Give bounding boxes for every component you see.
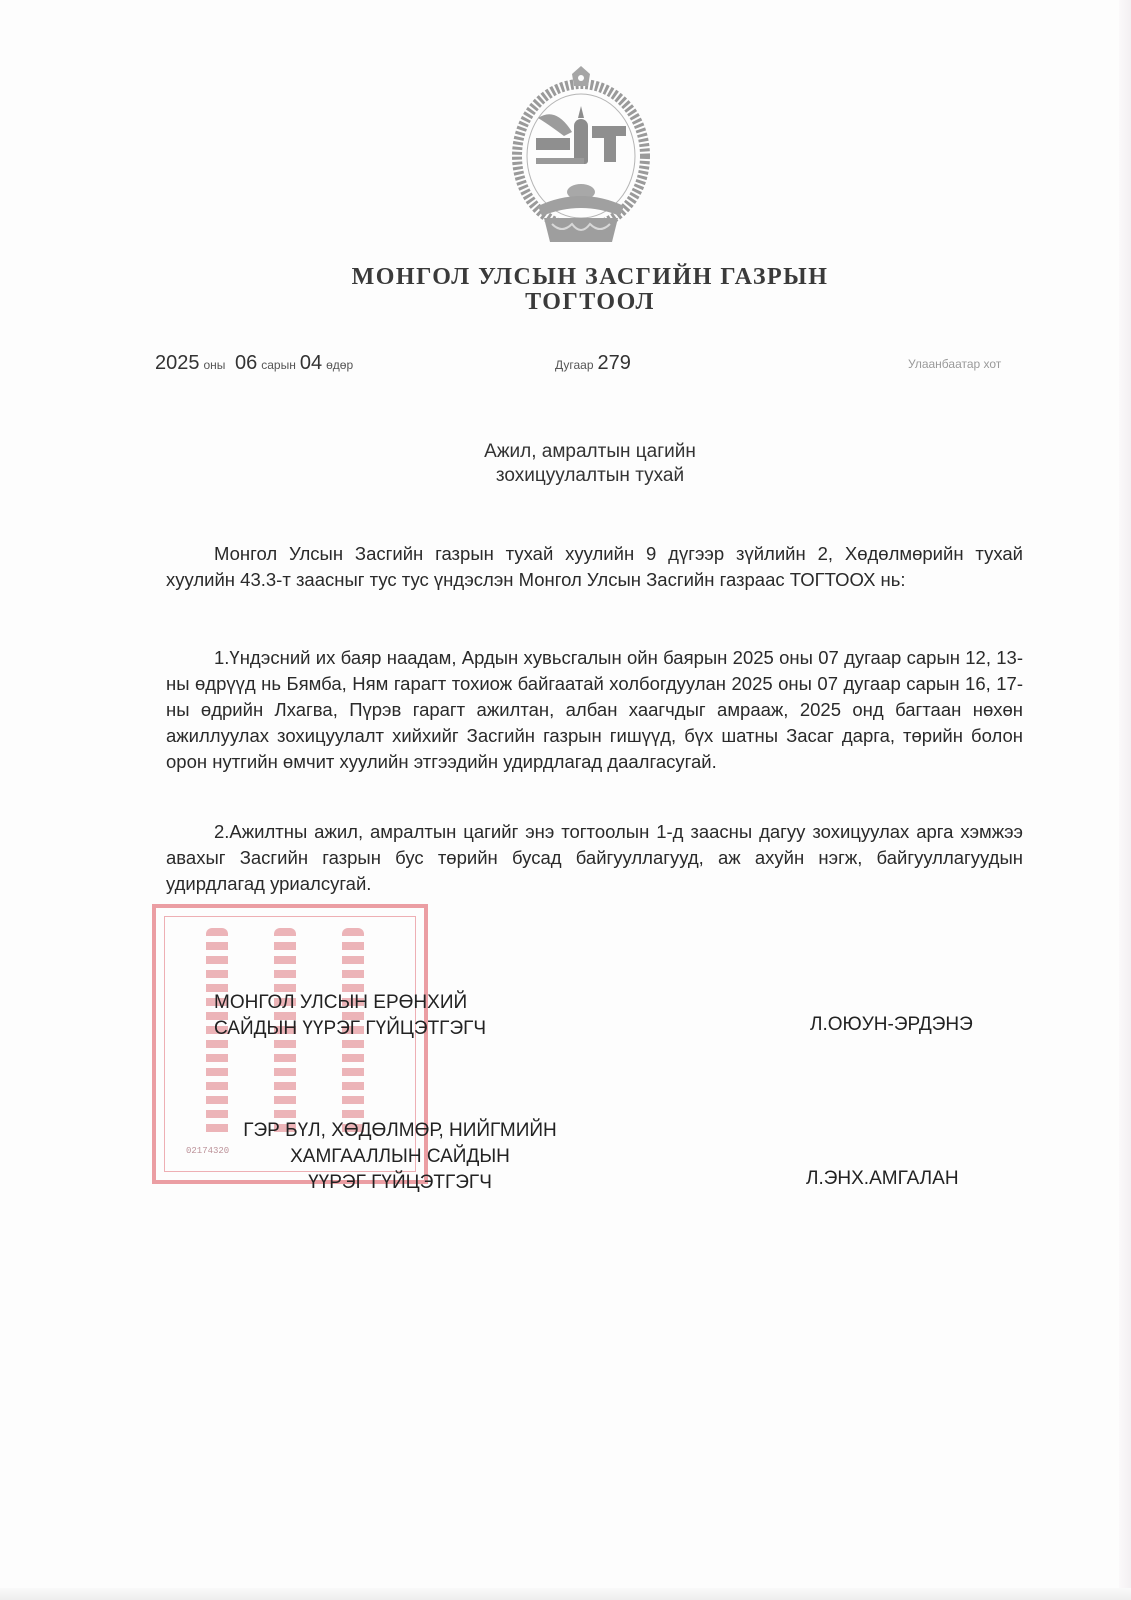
state-emblem-icon bbox=[508, 66, 654, 252]
signatory-2-name: Л.ЭНХ.АМГАЛАН bbox=[806, 1166, 959, 1192]
preamble-paragraph: Монгол Улсын Засгийн газрын тухай хуулий… bbox=[166, 541, 1023, 593]
document-city: Улаанбаатар хот bbox=[908, 357, 1001, 371]
date-year: 2025 bbox=[155, 352, 200, 374]
number-value: 279 bbox=[598, 352, 631, 374]
date-month-suffix: сарын bbox=[261, 358, 296, 372]
document-date: 2025оны 06сарын04өдөр bbox=[155, 352, 357, 375]
document-subject: Ажил, амралтын цагийн зохицуулалтын туха… bbox=[0, 440, 1131, 488]
document-heading: МОНГОЛ УЛСЫН ЗАСГИЙН ГАЗРЫН bbox=[0, 264, 1131, 291]
date-year-suffix: оны bbox=[204, 358, 226, 372]
document-number: Дугаар279 bbox=[551, 352, 631, 375]
page-bottom-shadow bbox=[0, 1588, 1131, 1600]
date-day-suffix: өдөр bbox=[326, 358, 353, 372]
clause-1-paragraph: 1.Үндэсний их баяр наадам, Ардын хувьсга… bbox=[166, 645, 1023, 775]
clause-2-paragraph: 2.Ажилтны ажил, амралтын цагийг энэ тогт… bbox=[166, 819, 1023, 897]
signatory-2-title-line: ХАМГААЛЛЫН САЙДЫН bbox=[214, 1144, 586, 1170]
date-day: 04 bbox=[300, 352, 322, 374]
signatory-1-name: Л.ОЮУН-ЭРДЭНЭ bbox=[810, 1012, 973, 1038]
signatory-1-title: МОНГОЛ УЛСЫН ЕРӨНХИЙ САЙДЫН ҮҮРЭГ ГҮЙЦЭТ… bbox=[214, 990, 486, 1042]
subject-line-2: зохицуулалтын тухай bbox=[0, 464, 1131, 488]
document-type: ТОГТООЛ bbox=[0, 289, 1131, 316]
signatory-1-title-line: МОНГОЛ УЛСЫН ЕРӨНХИЙ bbox=[214, 990, 486, 1016]
number-label: Дугаар bbox=[555, 358, 594, 372]
signatory-2-title-line: ҮҮРЭГ ГҮЙЦЭТГЭГЧ bbox=[214, 1170, 586, 1196]
page-edge-shadow bbox=[1119, 0, 1131, 1600]
signatory-2-title-line: ГЭР БҮЛ, ХӨДӨЛМӨР, НИЙГМИЙН bbox=[214, 1118, 586, 1144]
date-month: 06 bbox=[235, 352, 257, 374]
subject-line-1: Ажил, амралтын цагийн bbox=[0, 440, 1131, 464]
signatory-2-title: ГЭР БҮЛ, ХӨДӨЛМӨР, НИЙГМИЙН ХАМГААЛЛЫН С… bbox=[214, 1118, 586, 1196]
signatory-1-title-line: САЙДЫН ҮҮРЭГ ГҮЙЦЭТГЭГЧ bbox=[214, 1016, 486, 1042]
